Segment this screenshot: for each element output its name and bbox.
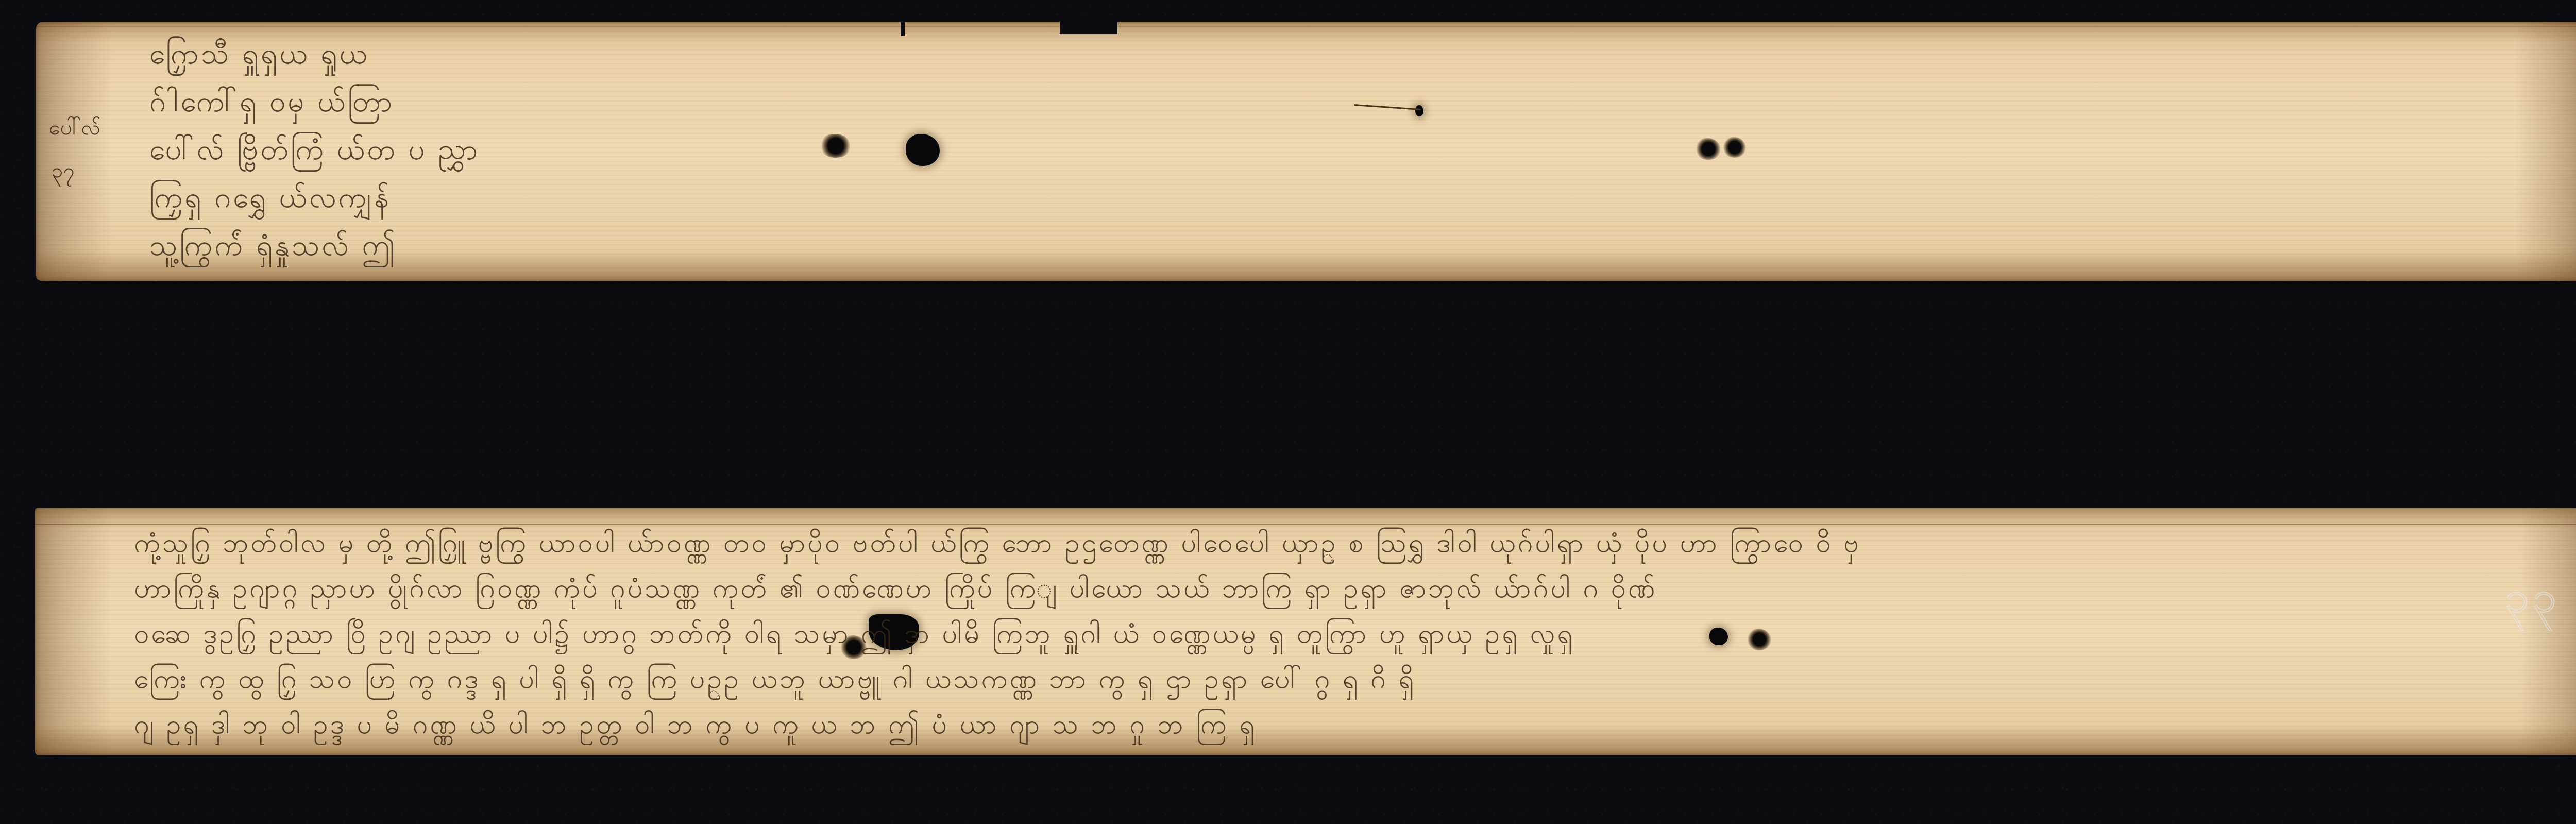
text-line: ဟာကြိုနှ ဥဂျာဂ္ဂ ညှာဟ ပွိုဂ်လာ ဂြဝဏ္ဏ ကု… <box>134 566 1861 611</box>
text-line: ဂျ ဥရှ ဒှါ ဘု ဝါ ဥဒ္ဒ ပ မိ ဂဏ္ဏ ယိ ပါ ဘ … <box>134 702 1861 747</box>
title-line: ဂြှောသီ ရှူရှယ ရှုယ <box>149 30 480 78</box>
text-line: ကုံ့သှုဂြှ ဘုတ်ဝါလ မှ တို့ ဤဂြှူ ဗ္ဗကြွ … <box>134 520 1861 566</box>
binding-hole-frayed <box>820 134 851 158</box>
title-line: ဂ်ါကေါ်ရှ ဝမှ ယ်တြာ <box>149 78 480 126</box>
margin-mark: ၃၇ <box>52 157 75 188</box>
title-line: ပေါ်လ် ဗ္ဗြိတ်ကြံ ယ်တ ပ ညွှာ <box>149 126 480 174</box>
binding-hole-frayed <box>1723 137 1746 158</box>
text-line: ကြေး ကွ ထွ ဂြှ သဝ ဟြ ကွ ဂဒ္ဒ ရှ ပါ ရှိ ရ… <box>134 657 1861 702</box>
text-line: ဝဆေ ဒွဥဂြှ ဥည္ညာ ဝြိ ဥဂျ ဥည္ညာ ပ ပါ၌ ဟာဂ… <box>134 611 1861 657</box>
small-hole <box>1415 105 1423 116</box>
title-line: ကြှရှ ဂရွှေ ယ်လကျှန် <box>149 174 480 222</box>
top-edge-notch <box>1060 20 1117 34</box>
binding-hole <box>906 134 940 166</box>
manuscript-text: ကုံ့သှုဂြှ ဘုတ်ဝါလ မှ တို့ ဤဂြှူ ဗ္ဗကြွ … <box>134 520 1861 747</box>
top-edge-slit <box>901 20 905 36</box>
margin-mark: ပေါ်လ် <box>49 114 100 145</box>
leaf-edge-line <box>36 26 2576 27</box>
title-line: သူ့ကြွက်ံ ရှံနှုသလ် ဤ <box>149 222 480 270</box>
title-leaf-text: ဂြှောသီ ရှူရှယ ရှုယ ဂ်ါကေါ်ရှ ဝမှ ယ်တြာ … <box>149 30 480 270</box>
leaf-page-number: ၃၃ <box>2505 569 2560 633</box>
binding-hole-frayed <box>1696 138 1721 160</box>
